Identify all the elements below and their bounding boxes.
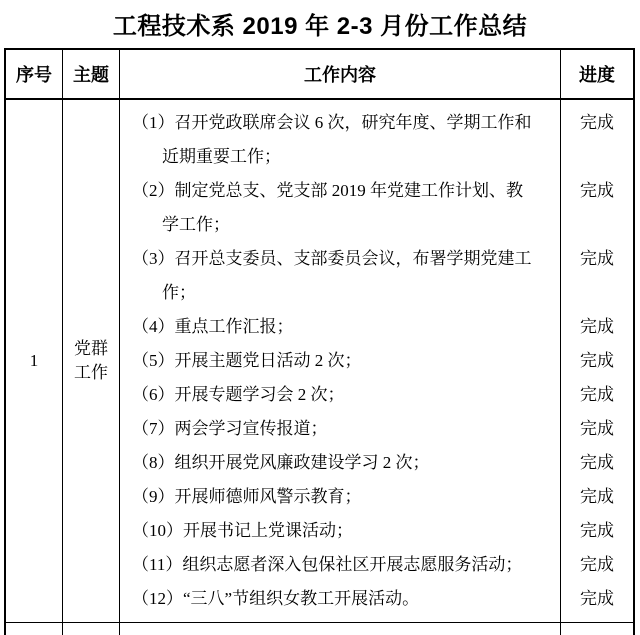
next-section-progress-cell: [561, 623, 633, 635]
section-topic: 党群工作: [63, 100, 120, 622]
work-item-status: 完成: [561, 514, 633, 548]
work-item-text: （10）开展书记上党课活动；: [120, 514, 561, 548]
work-item-text: （5）开展主题党日活动 2 次；: [120, 344, 561, 378]
table-header-row: 序号 主题 工作内容 进度: [6, 50, 633, 100]
work-item-text: （12）“三八”节组织女教工开展活动。: [120, 582, 561, 622]
header-progress: 进度: [561, 50, 633, 98]
header-topic: 主题: [63, 50, 120, 98]
work-item-text: （2）制定党总支、党支部 2019 年党建工作计划、教 学工作；: [120, 174, 561, 242]
work-item-row: （7）两会学习宣传报道； 完成: [120, 412, 633, 446]
work-item-row: （6）开展专题学习会 2 次； 完成: [120, 378, 633, 412]
work-item-row: （9）开展师德师风警示教育； 完成: [120, 480, 633, 514]
document-page: 工程技术系 2019 年 2-3 月份工作总结 序号 主题 工作内容 进度 1 …: [0, 0, 640, 635]
work-item-text: （11）组织志愿者深入包保社区开展志愿服务活动；: [120, 548, 561, 582]
work-item-status: 完成: [561, 548, 633, 582]
work-item-status: 完成: [561, 446, 633, 480]
work-summary-table: 序号 主题 工作内容 进度 1 党群工作 （1）召开党政联席会议 6 次，研究年…: [4, 48, 635, 635]
work-item-row: （12）“三八”节组织女教工开展活动。 完成: [120, 582, 633, 622]
work-item-text: （3）召开总支委员、支部委员会议，布署学期党建工 作；: [120, 242, 561, 310]
work-item-status: 完成: [561, 344, 633, 378]
next-section-topic-cell: [63, 623, 120, 635]
work-item-status: 完成: [561, 480, 633, 514]
work-item-status: 完成: [561, 310, 633, 344]
work-item-status: 完成: [561, 378, 633, 412]
work-item-status: 完成: [561, 100, 633, 174]
work-item-text: （4）重点工作汇报；: [120, 310, 561, 344]
work-item-status: 完成: [561, 582, 633, 622]
header-content: 工作内容: [120, 50, 561, 98]
header-index: 序号: [6, 50, 63, 98]
section-index: 1: [6, 100, 63, 622]
work-item-row: （4）重点工作汇报； 完成: [120, 310, 633, 344]
work-item-text: （7）两会学习宣传报道；: [120, 412, 561, 446]
work-item-status: 完成: [561, 242, 633, 310]
work-item-row: （11）组织志愿者深入包保社区开展志愿服务活动； 完成: [120, 548, 633, 582]
work-item-text: （1）召开党政联席会议 6 次，研究年度、学期工作和 近期重要工作；: [120, 100, 561, 174]
section-items: （1）召开党政联席会议 6 次，研究年度、学期工作和 近期重要工作； 完成 （2…: [120, 100, 633, 622]
work-item-row: （2）制定党总支、党支部 2019 年党建工作计划、教 学工作； 完成: [120, 174, 633, 242]
work-item-row: （8）组织开展党风廉政建设学习 2 次； 完成: [120, 446, 633, 480]
work-item-status: 完成: [561, 412, 633, 446]
next-section-content-cell: [120, 623, 561, 635]
next-section-partial-row: [6, 623, 633, 635]
page-title: 工程技术系 2019 年 2-3 月份工作总结: [0, 0, 640, 46]
section-row: 1 党群工作 （1）召开党政联席会议 6 次，研究年度、学期工作和 近期重要工作…: [6, 100, 633, 623]
next-section-index-cell: [6, 623, 63, 635]
work-item-row: （1）召开党政联席会议 6 次，研究年度、学期工作和 近期重要工作； 完成: [120, 100, 633, 174]
work-item-row: （5）开展主题党日活动 2 次； 完成: [120, 344, 633, 378]
work-item-text: （8）组织开展党风廉政建设学习 2 次；: [120, 446, 561, 480]
work-item-text: （9）开展师德师风警示教育；: [120, 480, 561, 514]
work-item-text: （6）开展专题学习会 2 次；: [120, 378, 561, 412]
work-item-status: 完成: [561, 174, 633, 242]
work-item-row: （10）开展书记上党课活动； 完成: [120, 514, 633, 548]
work-item-row: （3）召开总支委员、支部委员会议，布署学期党建工 作； 完成: [120, 242, 633, 310]
